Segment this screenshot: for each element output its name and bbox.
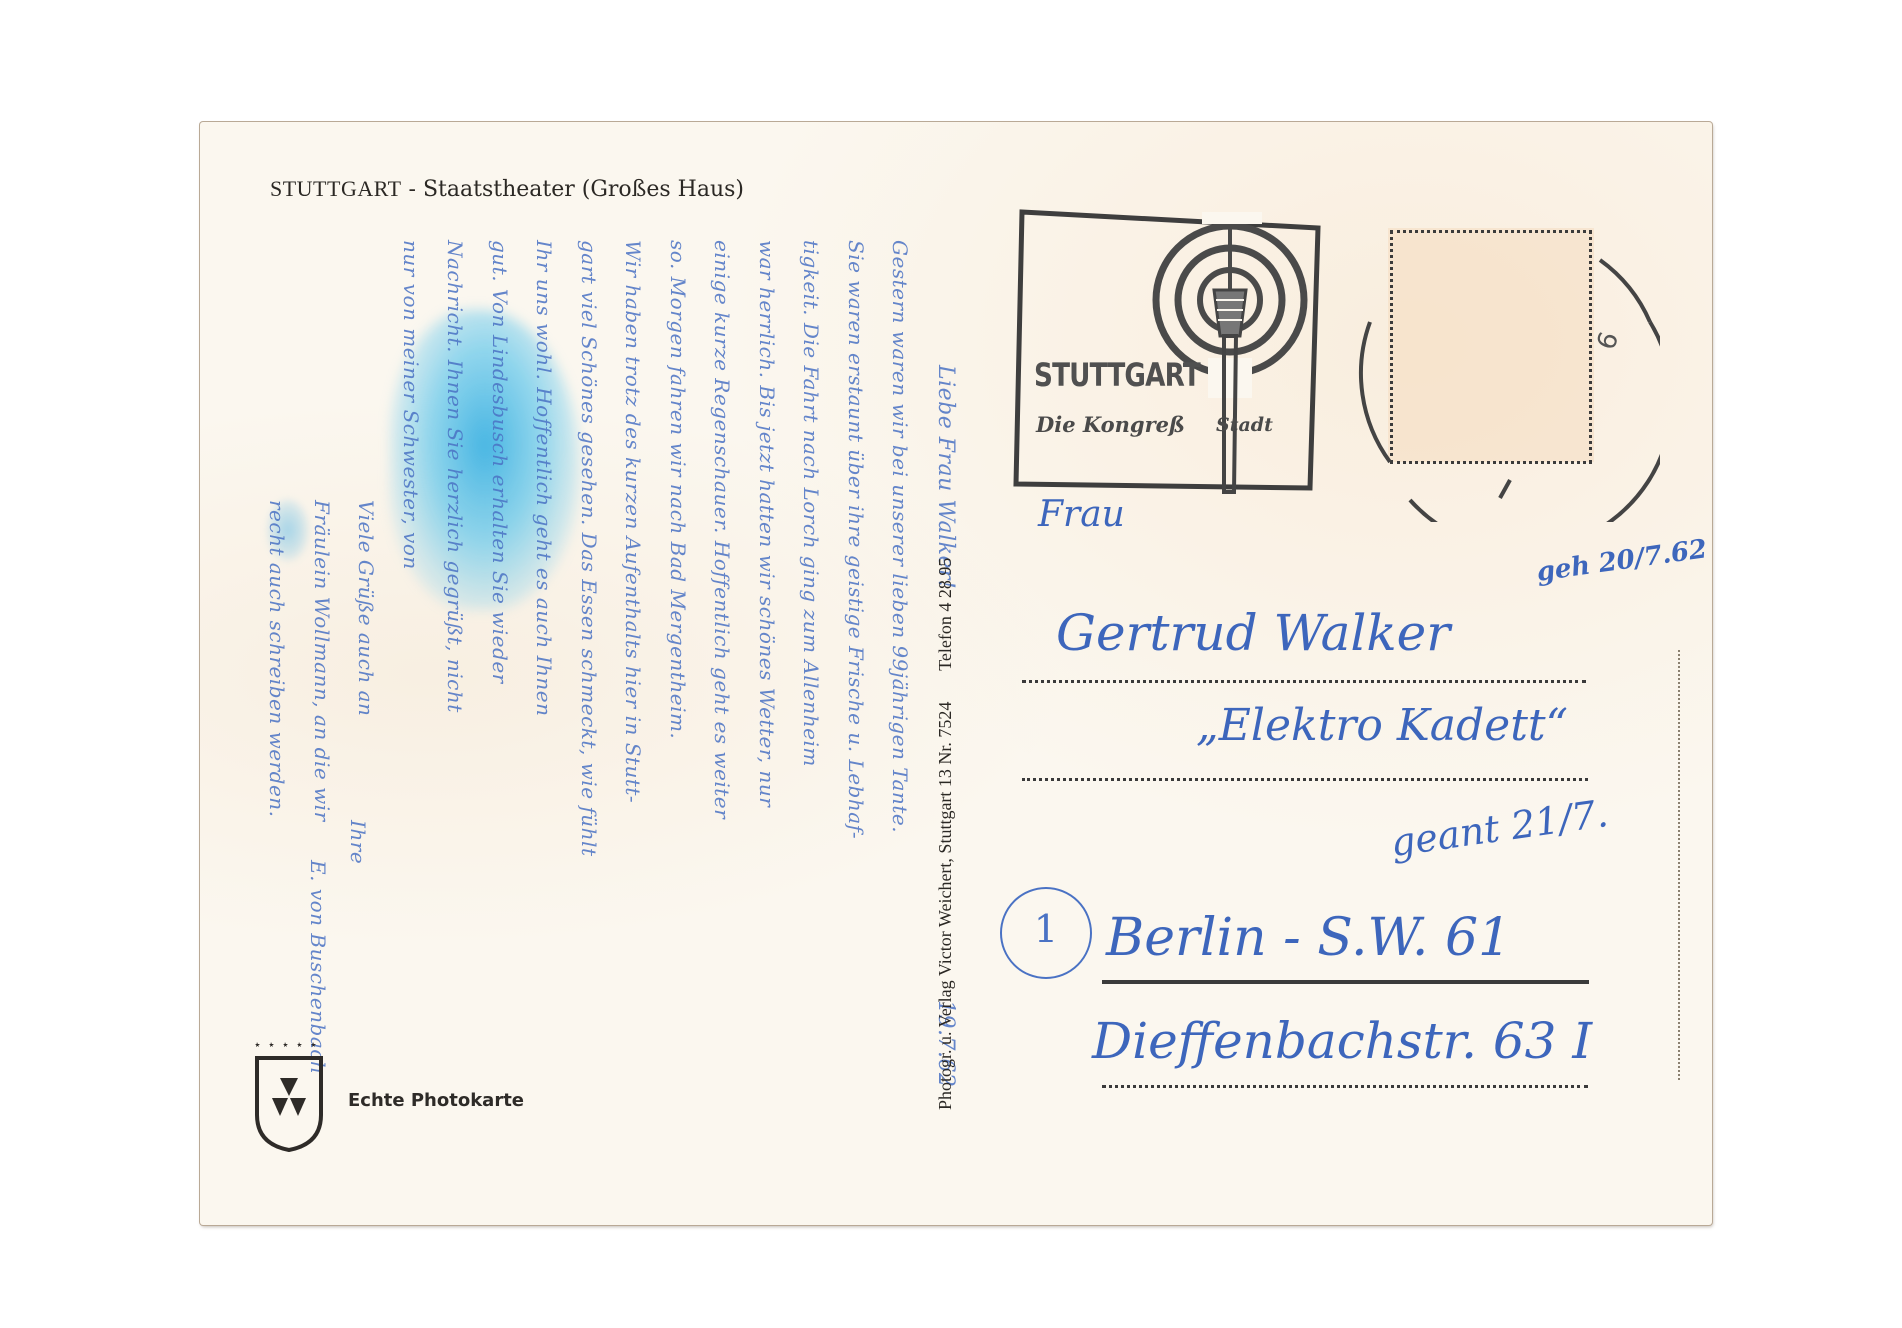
postal-zone: 1 xyxy=(1002,907,1090,951)
postmark-slogan-box xyxy=(1012,208,1326,500)
publisher-line: Photogr. u. Verlag Victor Weichert, Stut… xyxy=(935,769,955,1110)
title-city: STUTTGART xyxy=(270,176,402,201)
recipient-company: „Elektro Kadett“ xyxy=(1196,700,1568,751)
message-line: einige kurze Regenschauer. Hoffentlich g… xyxy=(710,240,734,819)
message-line: nur von meiner Schwester, von xyxy=(399,240,423,570)
postmark-city: STUTTGART xyxy=(1034,356,1200,394)
address-line-4 xyxy=(1102,1085,1588,1088)
title-separator: - xyxy=(409,177,416,202)
address-line-2 xyxy=(1022,778,1588,781)
postcard-title: STUTTGART - Staatstheater (Großes Haus) xyxy=(270,176,744,202)
postmark-slogan-right: Stadt xyxy=(1216,414,1273,436)
message-line: war herrlich. Bis jetzt hatten wir schön… xyxy=(755,240,779,807)
message-line: tigkeit. Die Fahrt nach Lorch ging zum A… xyxy=(799,240,823,767)
message-line: Ihr uns wohl. Hoffentlich geht es auch I… xyxy=(532,240,556,717)
message-line: Gestern waren wir bei unserer lieben 99j… xyxy=(888,240,912,833)
cancellation-ring xyxy=(1350,252,1660,522)
message-line: Fräulein Wollmann, an die wir xyxy=(310,500,334,822)
photokarte-label: Echte Photokarte xyxy=(348,1090,524,1111)
recipient-name: Gertrud Walker xyxy=(1056,604,1450,662)
postal-zone-circle: 1 xyxy=(1000,887,1092,979)
publisher-number: Nr. 7524 xyxy=(935,702,955,765)
message-line: Viele Grüße auch an xyxy=(354,500,378,716)
card-edge-dots xyxy=(1678,650,1680,1080)
message-greeting: Liebe Frau Walker! xyxy=(933,365,958,589)
recipient-city: Berlin - S.W. 61 xyxy=(1106,908,1511,968)
postmark-slogan-left: Die Kongreß xyxy=(1036,412,1185,437)
message-line: so. Morgen fahren wir nach Bad Mergenthe… xyxy=(666,240,690,739)
city-underline xyxy=(1102,980,1589,984)
message-line: gut. Von Lindesbusch erhalten Sie wieder xyxy=(488,240,512,684)
message-line: Wir haben trotz des kurzen Aufenthalts h… xyxy=(621,240,645,803)
message-closing: Ihre xyxy=(346,820,370,864)
shield-trefoil-five-stars-icon xyxy=(252,1040,326,1154)
title-subject: Staatstheater (Großes Haus) xyxy=(423,177,744,202)
message-line: Sie waren erstaunt über ihre geistige Fr… xyxy=(844,240,868,839)
publisher-phone: Telefon 4 28 95 xyxy=(935,558,955,671)
address-line-1 xyxy=(1022,680,1586,683)
publisher-imprint: Photogr. u. Verlag Victor Weichert, Stut… xyxy=(935,558,956,1110)
address-salutation: Frau xyxy=(1038,494,1125,535)
message-line: gart viel Schönes gesehen. Das Essen sch… xyxy=(577,240,601,857)
message-line: Nachricht. Ihnen Sie herzlich gegrüßt, n… xyxy=(443,240,467,713)
recipient-street: Dieffenbachstr. 63 I xyxy=(1092,1012,1592,1070)
message-line: recht auch schreiben werden. xyxy=(265,500,289,818)
